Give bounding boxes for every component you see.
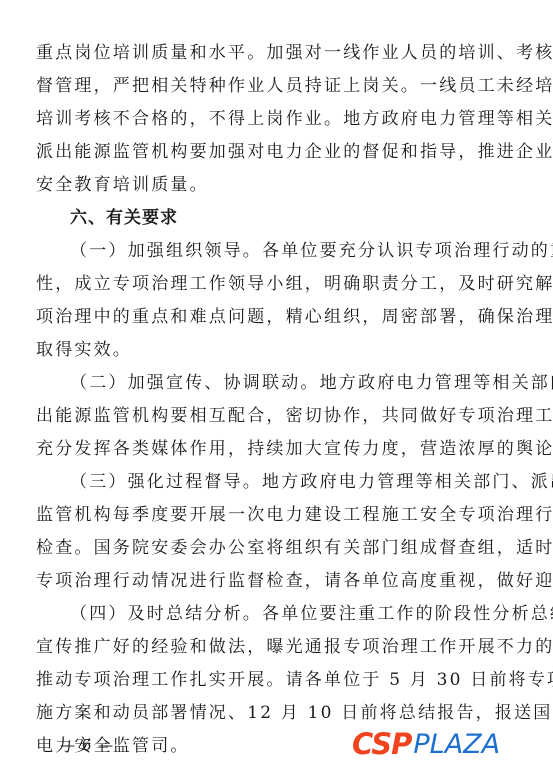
watermark-brand-bold: CSP [352,727,411,761]
paragraph-2-start: （二）加强宣传、协调联动。地方政府电力管理等相关部门与派 [70,371,518,395]
text-line: 推动专项治理工作扎实开展。请各单位于 5 月 30 日前将专项治理实 [36,668,518,692]
text-line: 宣传推广好的经验和做法，曝光通报专项治理工作开展不力的单位， [36,635,518,659]
text-line: 取得实效。 [36,338,518,362]
document-page: 重点岗位培训质量和水平。加强对一线作业人员的培训、考核和监 督管理，严把相关特种… [0,0,553,771]
text-line: 安全教育培训质量。 [36,173,518,197]
paragraph-4-start: （四）及时总结分析。各单位要注重工作的阶段性分析总结， [70,602,518,626]
paragraph-1-start: （一）加强组织领导。各单位要充分认识专项治理行动的重要 [70,239,518,263]
text-line: 出能源监管机构要相互配合，密切协作，共同做好专项治理工作。要 [36,404,518,428]
watermark-brand-light: PLAZA [413,729,500,760]
text-line: 项治理中的重点和难点问题，精心组织，周密部署，确保治理行动 [36,305,518,329]
paragraph-3-start: （三）强化过程督导。地方政府电力管理等相关部门、派出能源 [70,470,518,494]
text-line: 监管机构每季度要开展一次电力建设工程施工安全专项治理行动督查 [36,503,518,527]
text-line: 培训考核不合格的，不得上岗作业。地方政府电力管理等相关部门、 [36,107,518,131]
text-line: 专项治理行动情况进行监督检查，请各单位高度重视，做好迎检工作。 [36,569,518,593]
text-line: 检查。国务院安委会办公室将组织有关部门组成督查组，适时对各地区 [36,536,518,560]
text-line: 派出能源监管机构要加强对电力企业的督促和指导，推进企业提高 [36,140,518,164]
text-line: 施方案和动员部署情况、12 月 10 日前将总结报告，报送国家能源局 [36,701,518,725]
page-number: — 6 — [60,736,114,754]
watermark-logo: CSP PLAZA [352,728,500,760]
text-line: 性，成立专项治理工作领导小组，明确职责分工，及时研究解决专 [36,272,518,296]
text-line: 督管理，严把相关特种作业人员持证上岗关。一线员工未经培训或 [36,74,518,98]
text-line: 充分发挥各类媒体作用，持续加大宣传力度，营造浓厚的舆论氛围。 [36,437,518,461]
text-line: 重点岗位培训质量和水平。加强对一线作业人员的培训、考核和监 [36,41,518,65]
section-heading: 六、有关要求 [70,206,518,230]
